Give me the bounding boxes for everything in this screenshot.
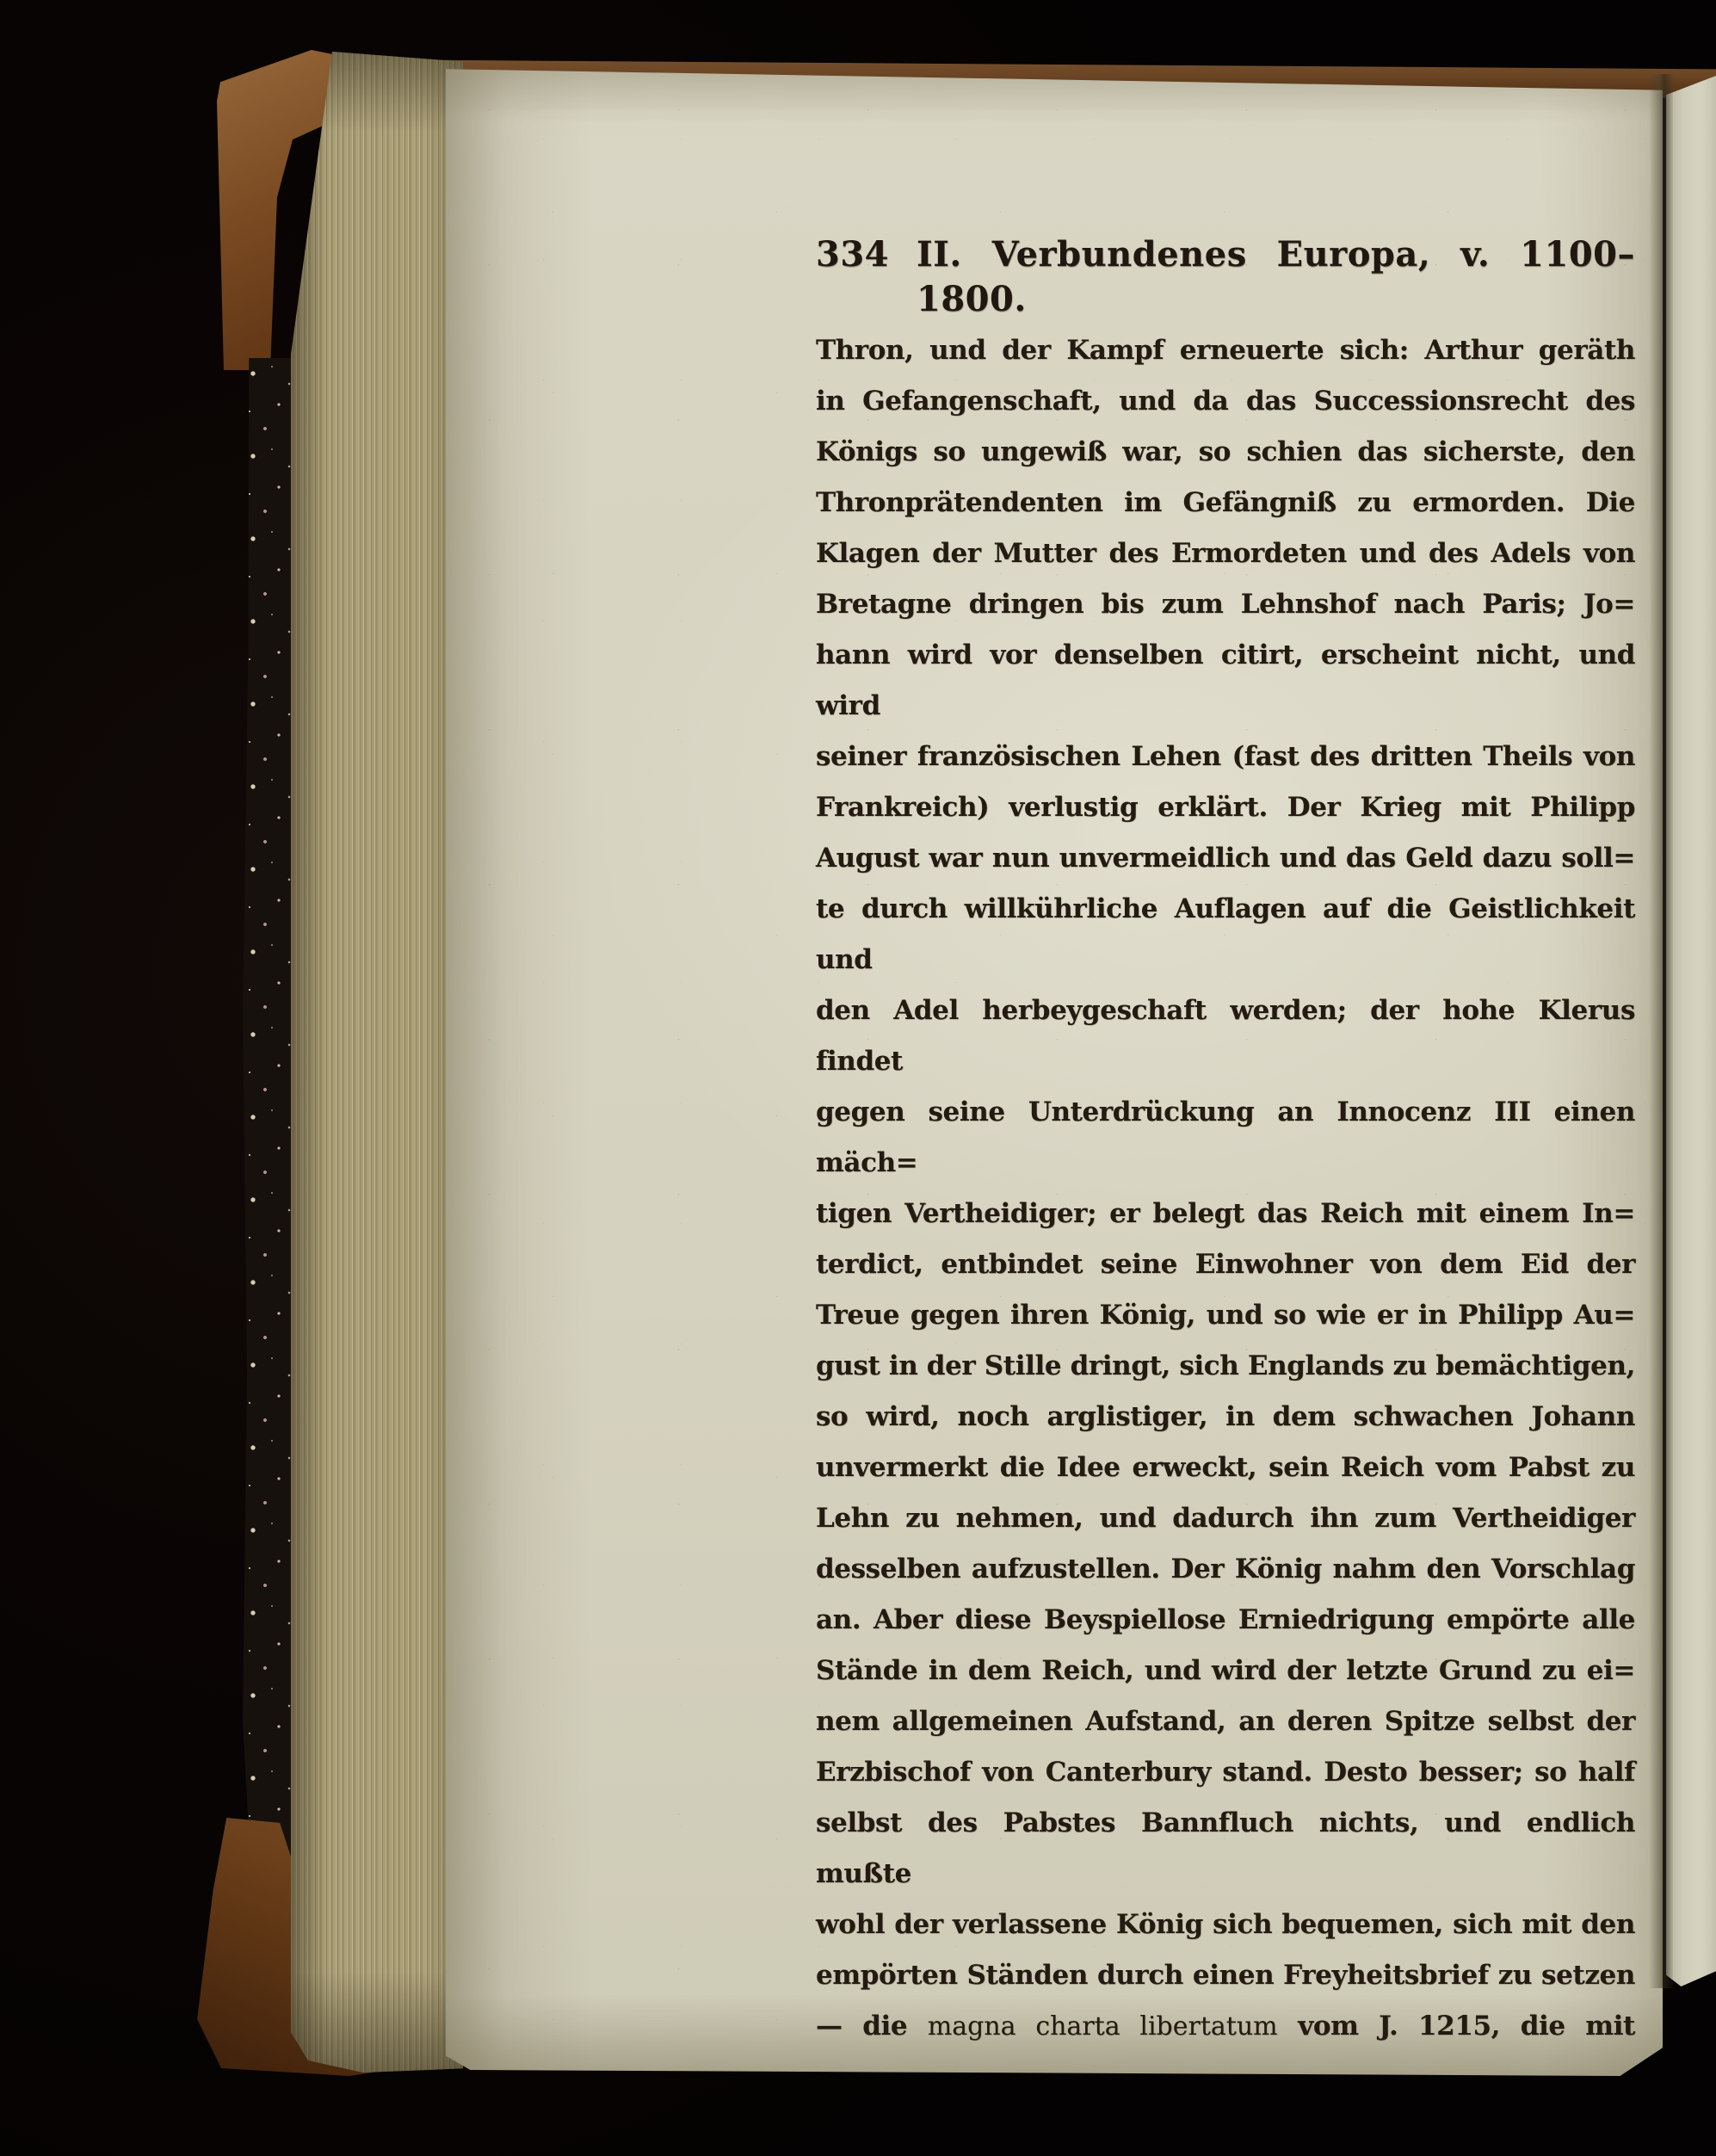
page-number: 334: [816, 232, 889, 322]
line-dash-prefix: — die: [816, 2011, 928, 2042]
text-line: gegen seine Unterdrückung an Innocenz II…: [816, 1087, 1635, 1189]
text-line: hann wird vor denselben citirt, erschein…: [816, 630, 1635, 732]
text-line: wohl der verlassene König sich bequemen,…: [816, 1900, 1635, 1950]
text-line: nem allgemeinen Aufstand, an deren Spitz…: [816, 1696, 1635, 1747]
line-suffix: vom J. 1215, die mit: [1278, 2011, 1635, 2042]
text-line: den Adel herbeygeschaft werden; der hohe…: [816, 985, 1635, 1087]
text-line: Lehn zu nehmen, und dadurch ihn zum Vert…: [816, 1493, 1635, 1544]
running-title: II. Verbundenes Europa, v. 1100–1800.: [917, 232, 1635, 322]
text-line: desselben aufzustellen. Der König nahm d…: [816, 1544, 1635, 1595]
fore-edge-pages: [291, 52, 463, 2073]
text-line: an. Aber diese Beyspiellose Erniedrigung…: [816, 1595, 1635, 1646]
catchword: eini=: [816, 2071, 1635, 2105]
text-line: Frankreich) verlustig erklärt. Der Krieg…: [816, 782, 1635, 833]
text-line: so wird, noch arglistiger, in dem schwac…: [816, 1392, 1635, 1442]
text-line: Königs so ungewiß war, so schien das sic…: [816, 427, 1635, 478]
text-line: in Gefangenschaft, und da das Succession…: [816, 376, 1635, 427]
text-line: empörten Ständen durch einen Freyheitsbr…: [816, 1950, 1635, 2001]
book-scan: 334 II. Verbundenes Europa, v. 1100–1800…: [0, 0, 1716, 2156]
text-line: Thronprätendenten im Gefängniß zu ermord…: [816, 478, 1635, 528]
text-line: terdict, entbindet seine Einwohner von d…: [816, 1239, 1635, 1290]
text-line: Bretagne dringen bis zum Lehnshof nach P…: [816, 579, 1635, 630]
text-line: Treue gegen ihren König, und so wie er i…: [816, 1290, 1635, 1341]
text-line: tigen Vertheidiger; er belegt das Reich …: [816, 1189, 1635, 1239]
page-leaf: 334 II. Verbundenes Europa, v. 1100–1800…: [446, 62, 1663, 2076]
text-line: August war nun unvermeidlich und das Gel…: [816, 833, 1635, 884]
text-line: te durch willkührliche Auflagen auf die …: [816, 884, 1635, 985]
text-line: Thron, und der Kampf erneuerte sich: Art…: [816, 325, 1635, 376]
text-line-magna-charta: — die magna charta libertatum vom J. 121…: [816, 2001, 1635, 2052]
gutter-crease: [1649, 74, 1673, 1988]
text-line: selbst des Pabstes Bannfluch nichts, und…: [816, 1798, 1635, 1900]
next-page-edge: [1666, 76, 1716, 1986]
text-line: unvermerkt die Idee erweckt, sein Reich …: [816, 1442, 1635, 1493]
latin-phrase: magna charta libertatum: [928, 2011, 1278, 2042]
text-line: Stände in dem Reich, und wird der letzte…: [816, 1646, 1635, 1696]
text-line: Klagen der Mutter des Ermordeten und des…: [816, 528, 1635, 579]
text-line: Erzbischof von Canterbury stand. Desto b…: [816, 1747, 1635, 1798]
body-text: Thron, und der Kampf erneuerte sich: Art…: [816, 325, 1635, 2105]
text-line: gust in der Stille dringt, sich Englands…: [816, 1341, 1635, 1392]
running-header: 334 II. Verbundenes Europa, v. 1100–1800…: [816, 232, 1635, 322]
text-line: seiner französischen Lehen (fast des dri…: [816, 732, 1635, 782]
